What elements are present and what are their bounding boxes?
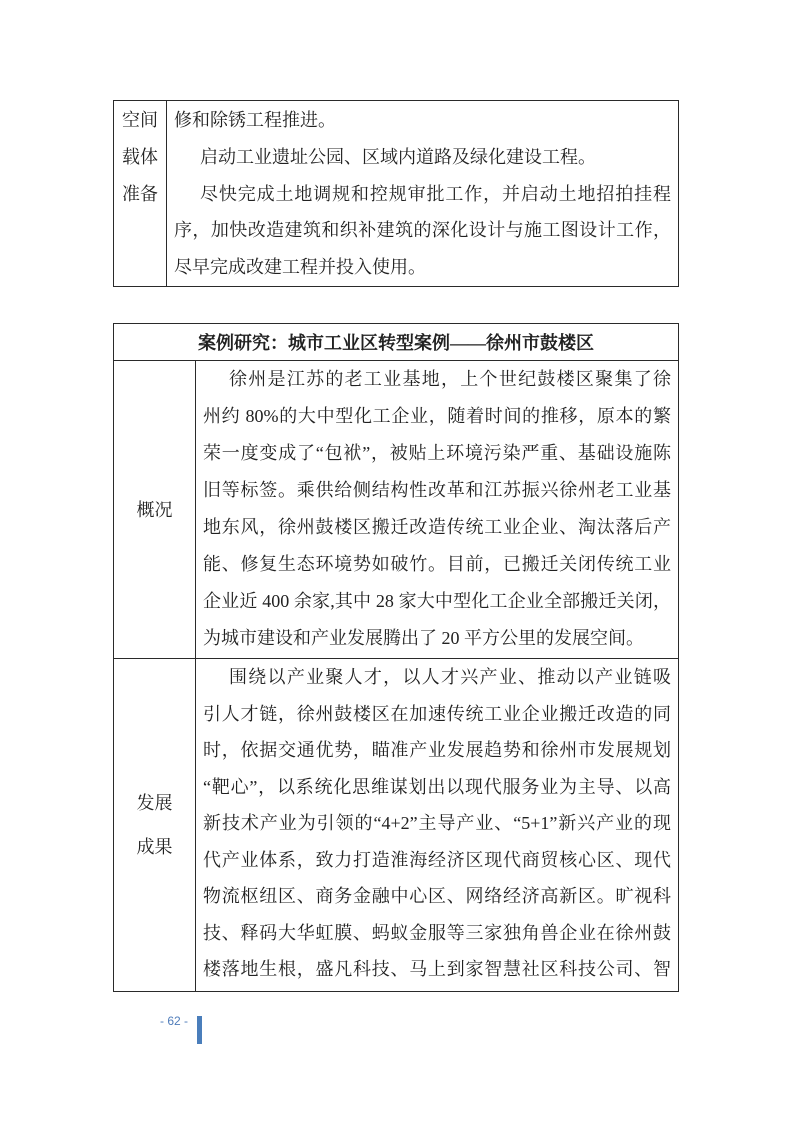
document-page: 空间 载体 准备 修和除锈工程推进。 启动工业遗址公园、区域内道路及绿化建设工程… (0, 0, 793, 1122)
case-study-table: 案例研究：城市工业区转型案例——徐州市鼓楼区 概况 徐州是江苏的老工业基地，上个… (113, 323, 679, 992)
row-label-line: 载体 (114, 139, 166, 176)
overview-row: 概况 徐州是江苏的老工业基地，上个世纪鼓楼区聚集了徐 州约 80%的大中型化工企… (114, 361, 678, 659)
row-label-cell: 概况 (114, 361, 196, 658)
text-line: 新技术产业为引领的“4+2”主导产业、“5+1”新兴产业的现 (203, 805, 671, 842)
row-label-line: 概况 (137, 488, 173, 532)
text-line: 围绕以产业聚人才，以人才兴产业、推动以产业链吸 (203, 659, 671, 696)
text-line: 地东风，徐州鼓楼区搬迁改造传统工业企业、淘汰落后产 (203, 509, 671, 546)
text-line: 尽早完成改建工程并投入使用。 (174, 249, 671, 286)
row-content-cell: 围绕以产业聚人才，以人才兴产业、推动以产业链吸 引人才链，徐州鼓楼区在加速传统工… (196, 659, 678, 991)
row-label-cell: 空间 载体 准备 (114, 101, 167, 286)
text-line: 技、释码大华虹膜、蚂蚁金服等三家独角兽企业在徐州鼓 (203, 915, 671, 952)
text-line: 荣一度变成了“包袱”，被贴上环境污染严重、基础设施陈 (203, 435, 671, 472)
text-line: 尽快完成土地调规和控规审批工作，并启动土地招拍挂程 (174, 176, 671, 213)
achievements-row: 发展 成果 围绕以产业聚人才，以人才兴产业、推动以产业链吸 引人才链，徐州鼓楼区… (114, 659, 678, 991)
text-line: 启动工业遗址公园、区域内道路及绿化建设工程。 (174, 139, 671, 176)
row-label-line: 准备 (114, 176, 166, 213)
text-line: 为城市建设和产业发展腾出了 20 平方公里的发展空间。 (203, 620, 671, 657)
row-label-line: 成果 (137, 825, 173, 869)
text-line: “靶心”，以系统化思维谋划出以现代服务业为主导、以高 (203, 769, 671, 806)
text-caret (197, 1016, 202, 1044)
text-line: 徐州是江苏的老工业基地，上个世纪鼓楼区聚集了徐 (203, 361, 671, 398)
row-label-line: 发展 (137, 781, 173, 825)
text-line: 代产业体系，致力打造淮海经济区现代商贸核心区、现代 (203, 842, 671, 879)
row-label-cell: 发展 成果 (114, 659, 196, 991)
text-line: 楼落地生根，盛凡科技、马上到家智慧社区科技公司、智 (203, 951, 671, 988)
space-carrier-table: 空间 载体 准备 修和除锈工程推进。 启动工业遗址公园、区域内道路及绿化建设工程… (113, 100, 679, 287)
text-line: 引人才链，徐州鼓楼区在加速传统工业企业搬迁改造的同 (203, 696, 671, 733)
text-line: 能、修复生态环境势如破竹。目前，已搬迁关闭传统工业 (203, 546, 671, 583)
text-line: 修和除锈工程推进。 (174, 102, 671, 139)
text-line: 序，加快改造建筑和织补建筑的深化设计与施工图设计工作， (174, 212, 671, 249)
text-line: 旧等标签。乘供给侧结构性改革和江苏振兴徐州老工业基 (203, 472, 671, 509)
row-label-line: 空间 (114, 102, 166, 139)
text-line: 物流枢纽区、商务金融中心区、网络经济高新区。旷视科 (203, 878, 671, 915)
row-content-cell: 修和除锈工程推进。 启动工业遗址公园、区域内道路及绿化建设工程。 尽快完成土地调… (167, 101, 678, 286)
page-number: - 62 - (160, 1014, 188, 1028)
row-content-cell: 徐州是江苏的老工业基地，上个世纪鼓楼区聚集了徐 州约 80%的大中型化工企业，随… (196, 361, 678, 658)
text-line: 企业近 400 余家,其中 28 家大中型化工企业全部搬迁关闭， (203, 583, 671, 620)
text-line: 时，依据交通优势，瞄准产业发展趋势和徐州市发展规划 (203, 732, 671, 769)
case-study-title: 案例研究：城市工业区转型案例——徐州市鼓楼区 (114, 324, 678, 361)
text-line: 州约 80%的大中型化工企业，随着时间的推移，原本的繁 (203, 398, 671, 435)
